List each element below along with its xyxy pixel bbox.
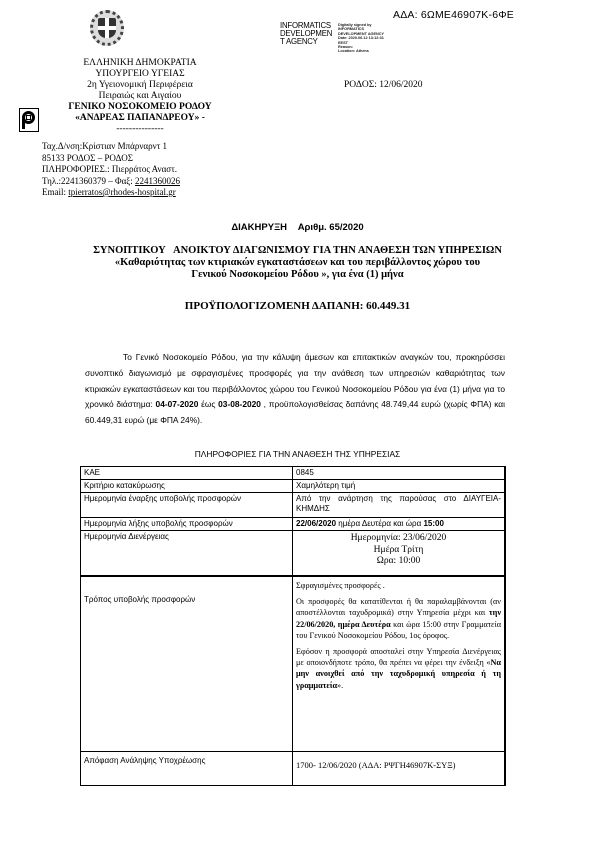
issuer-ministry: ΥΠΟΥΡΓΕΙΟ ΥΓΕΙΑΣ [40, 69, 240, 80]
deadline-date: 22/06/2020 [296, 519, 336, 528]
row-value: Ημερομηνία: 23/06/2020 Ημέρα Τρίτη Ωρα: … [293, 531, 506, 577]
row-label: Απόφαση Ανάληψης Υποχρέωσης [81, 752, 293, 786]
logo-stem [22, 119, 25, 129]
issuer-country: ΕΛΛΗΝΙΚΗ ΔΗΜΟΚΡΑΤΙΑ [40, 58, 240, 69]
issuer-region-sub: Πειραιώς και Αιγαίου [40, 91, 240, 102]
contact-info: ΠΛΗΡΟΦΟΡΙΕΣ.: Πιερράτος Αναστ. [42, 164, 180, 176]
method-p3: Εφόσον η προσφορά αποσταλεί στην Υπηρεσί… [296, 646, 501, 691]
row-label: Ημερομηνία λήξης υποβολής προσφορών [81, 518, 293, 531]
tender-info-table: ΚΑΕ 0845 Κριτήριο κατακύρωσης Χαμηλότερη… [80, 466, 506, 786]
stamp-detail: Date: 2020.06.12 13:12:31 [338, 36, 384, 40]
table-row: Απόφαση Ανάληψης Υποχρέωσης 1700- 12/06/… [81, 752, 506, 786]
row-label: Ημερομηνία έναρξης υποβολής προσφορών [81, 493, 293, 518]
body-text-part2: έως [198, 399, 218, 409]
row-value: 1700- 12/06/2020 (ΑΔΑ: ΡΨΓΗ46907Κ-ΣΥΞ) [293, 752, 506, 786]
stamp-detail: Location: Athens [338, 49, 384, 53]
deadline-time: 15:00 [423, 519, 443, 528]
greek-coat-of-arms-icon [90, 10, 124, 46]
declaration-label: ΔΙΑΚΗΡΥΞΗ [231, 222, 287, 233]
issuer-separator: --------------- [40, 124, 240, 135]
table-title: ΠΛΗΡΟΦΟΡΙΕΣ ΓΙΑ ΤΗΝ ΑΝΑΘΕΣΗ ΤΗΣ ΥΠΗΡΕΣΙΑ… [0, 449, 595, 459]
table-row: Τρόπος υποβολής προσφορών Σφραγισμένες π… [81, 576, 506, 752]
method-p2: Οι προσφορές θα κατατίθενται ή θα παραλα… [296, 596, 501, 641]
method-p2-text: Οι προσφορές θα κατατίθενται ή θα παραλα… [296, 597, 501, 617]
contact-phone-line: Τηλ.:2241360379 – Φαξ: 2241360026 [42, 176, 180, 188]
table-row: Ημερομηνία Διενέργειας Ημερομηνία: 23/06… [81, 531, 506, 577]
contact-email-line: Email: tpierratos@rhodes-hospital.gr [42, 187, 180, 199]
announcement-paragraph: Το Γενικό Νοσοκομείο Ρόδου, για την κάλυ… [85, 350, 505, 429]
tender-title-line2: «Καθαριότητας των κτιριακών εγκαταστάσεω… [0, 257, 595, 269]
row-label: Κριτήριο κατακύρωσης [81, 480, 293, 493]
ada-code: ΑΔΑ: 6ΩΜΕ46907Κ-6ΦΕ [393, 9, 514, 21]
deadline-mid: ημέρα Δευτέρα και ώρα [336, 519, 423, 528]
issuer-hospital: ΓΕΝΙΚΟ ΝΟΣΟΚΟΜΕΙΟ ΡΟΔΟΥ [40, 102, 240, 113]
method-p3-text: Εφόσον η προσφορά αποσταλεί στην Υπηρεσί… [296, 647, 501, 667]
declaration-number: Αριθμ. 65/2020 [298, 222, 364, 233]
row-label: Τρόπος υποβολής προσφορών [81, 576, 293, 752]
cross-shield-icon [98, 18, 116, 38]
digital-signature-stamp: INFORMATICS DEVELOPMEN T AGENCY [280, 22, 332, 46]
opening-day: Ημέρα Τρίτη [296, 545, 501, 557]
row-value: 22/06/2020 ημέρα Δευτέρα και ώρα 15:00 [293, 518, 506, 531]
contact-email-link[interactable]: tpierratos@rhodes-hospital.gr [68, 187, 176, 197]
row-label: ΚΑΕ [81, 467, 293, 480]
logo-grid [26, 115, 31, 120]
issuer-region: 2η Υγειονομική Περιφέρεια [40, 80, 240, 91]
issuer-hospital-name: «ΑΝΔΡΕΑΣ ΠΑΠΑΝΔΡΕΟΥ» - [40, 113, 240, 124]
opening-date: Ημερομηνία: 23/06/2020 [296, 533, 501, 545]
tender-title: ΣΥΝΟΠΤΙΚΟΥ ΑΝΟΙΚΤΟΥ ΔΙΑΓΩΝΙΣΜΟΥ ΓΙΑ ΤΗΝ … [0, 245, 595, 281]
place-date: ΡΟΔΟΣ: 12/06/2020 [344, 80, 423, 90]
method-p1: Σφραγισμένες προσφορές . [296, 580, 501, 591]
contact-address: Ταχ.Δ/νση:Κρίστιαν Μπάρναρντ 1 [42, 141, 180, 153]
contact-email-label: Email: [42, 187, 68, 197]
method-p3-end: ». [337, 681, 343, 690]
declaration-heading: ΔΙΑΚΗΡΥΞΗ Αριθμ. 65/2020 [0, 222, 595, 233]
opening-time: Ωρα: 10:00 [296, 556, 501, 568]
digital-signature-details: Digitally signed by INFORMATICS DEVELOPM… [338, 23, 384, 54]
table-row: Ημερομηνία έναρξης υποβολής προσφορών Απ… [81, 493, 506, 518]
body-date-from: 04-07-2020 [156, 399, 199, 409]
contact-block: Ταχ.Δ/νση:Κρίστιαν Μπάρναρντ 1 85133 ΡΟΔ… [42, 141, 180, 199]
tender-title-line1: ΣΥΝΟΠΤΙΚΟΥ ΑΝΟΙΚΤΟΥ ΔΙΑΓΩΝΙΣΜΟΥ ΓΙΑ ΤΗΝ … [0, 245, 595, 257]
body-date-to: 03-08-2020 [218, 399, 261, 409]
row-value: 0845 [293, 467, 506, 480]
row-value: Σφραγισμένες προσφορές . Οι προσφορές θα… [293, 576, 506, 752]
hospital-logo-icon [19, 108, 39, 132]
contact-phone: Τηλ.:2241360379 – Φαξ: [42, 176, 135, 186]
contact-postal: 85133 ΡΟΔΟΣ – ΡΟΔΟΣ [42, 153, 180, 165]
row-label: Ημερομηνία Διενέργειας [81, 531, 293, 577]
row-value: Από την ανάρτηση της παρούσας στο ΔΙΑΥΓΕ… [293, 493, 506, 518]
table-row: ΚΑΕ 0845 [81, 467, 506, 480]
table-row: Ημερομηνία λήξης υποβολής προσφορών 22/0… [81, 518, 506, 531]
table-row: Κριτήριο κατακύρωσης Χαμηλότερη τιμή [81, 480, 506, 493]
budget-amount: ΠΡΟΫΠΟΛΟΓΙΖΟΜΕΝΗ ΔΑΠΑΝΗ: 60.449.31 [0, 300, 595, 312]
tender-title-line3: Γενικού Νοσοκομείου Ρόδου », για ένα (1)… [0, 269, 595, 281]
issuer-block: ΕΛΛΗΝΙΚΗ ΔΗΜΟΚΡΑΤΙΑ ΥΠΟΥΡΓΕΙΟ ΥΓΕΙΑΣ 2η … [40, 58, 240, 135]
contact-fax[interactable]: 2241360026 [135, 176, 180, 186]
row-value: Χαμηλότερη τιμή [293, 480, 506, 493]
stamp-line: T AGENCY [280, 38, 332, 46]
